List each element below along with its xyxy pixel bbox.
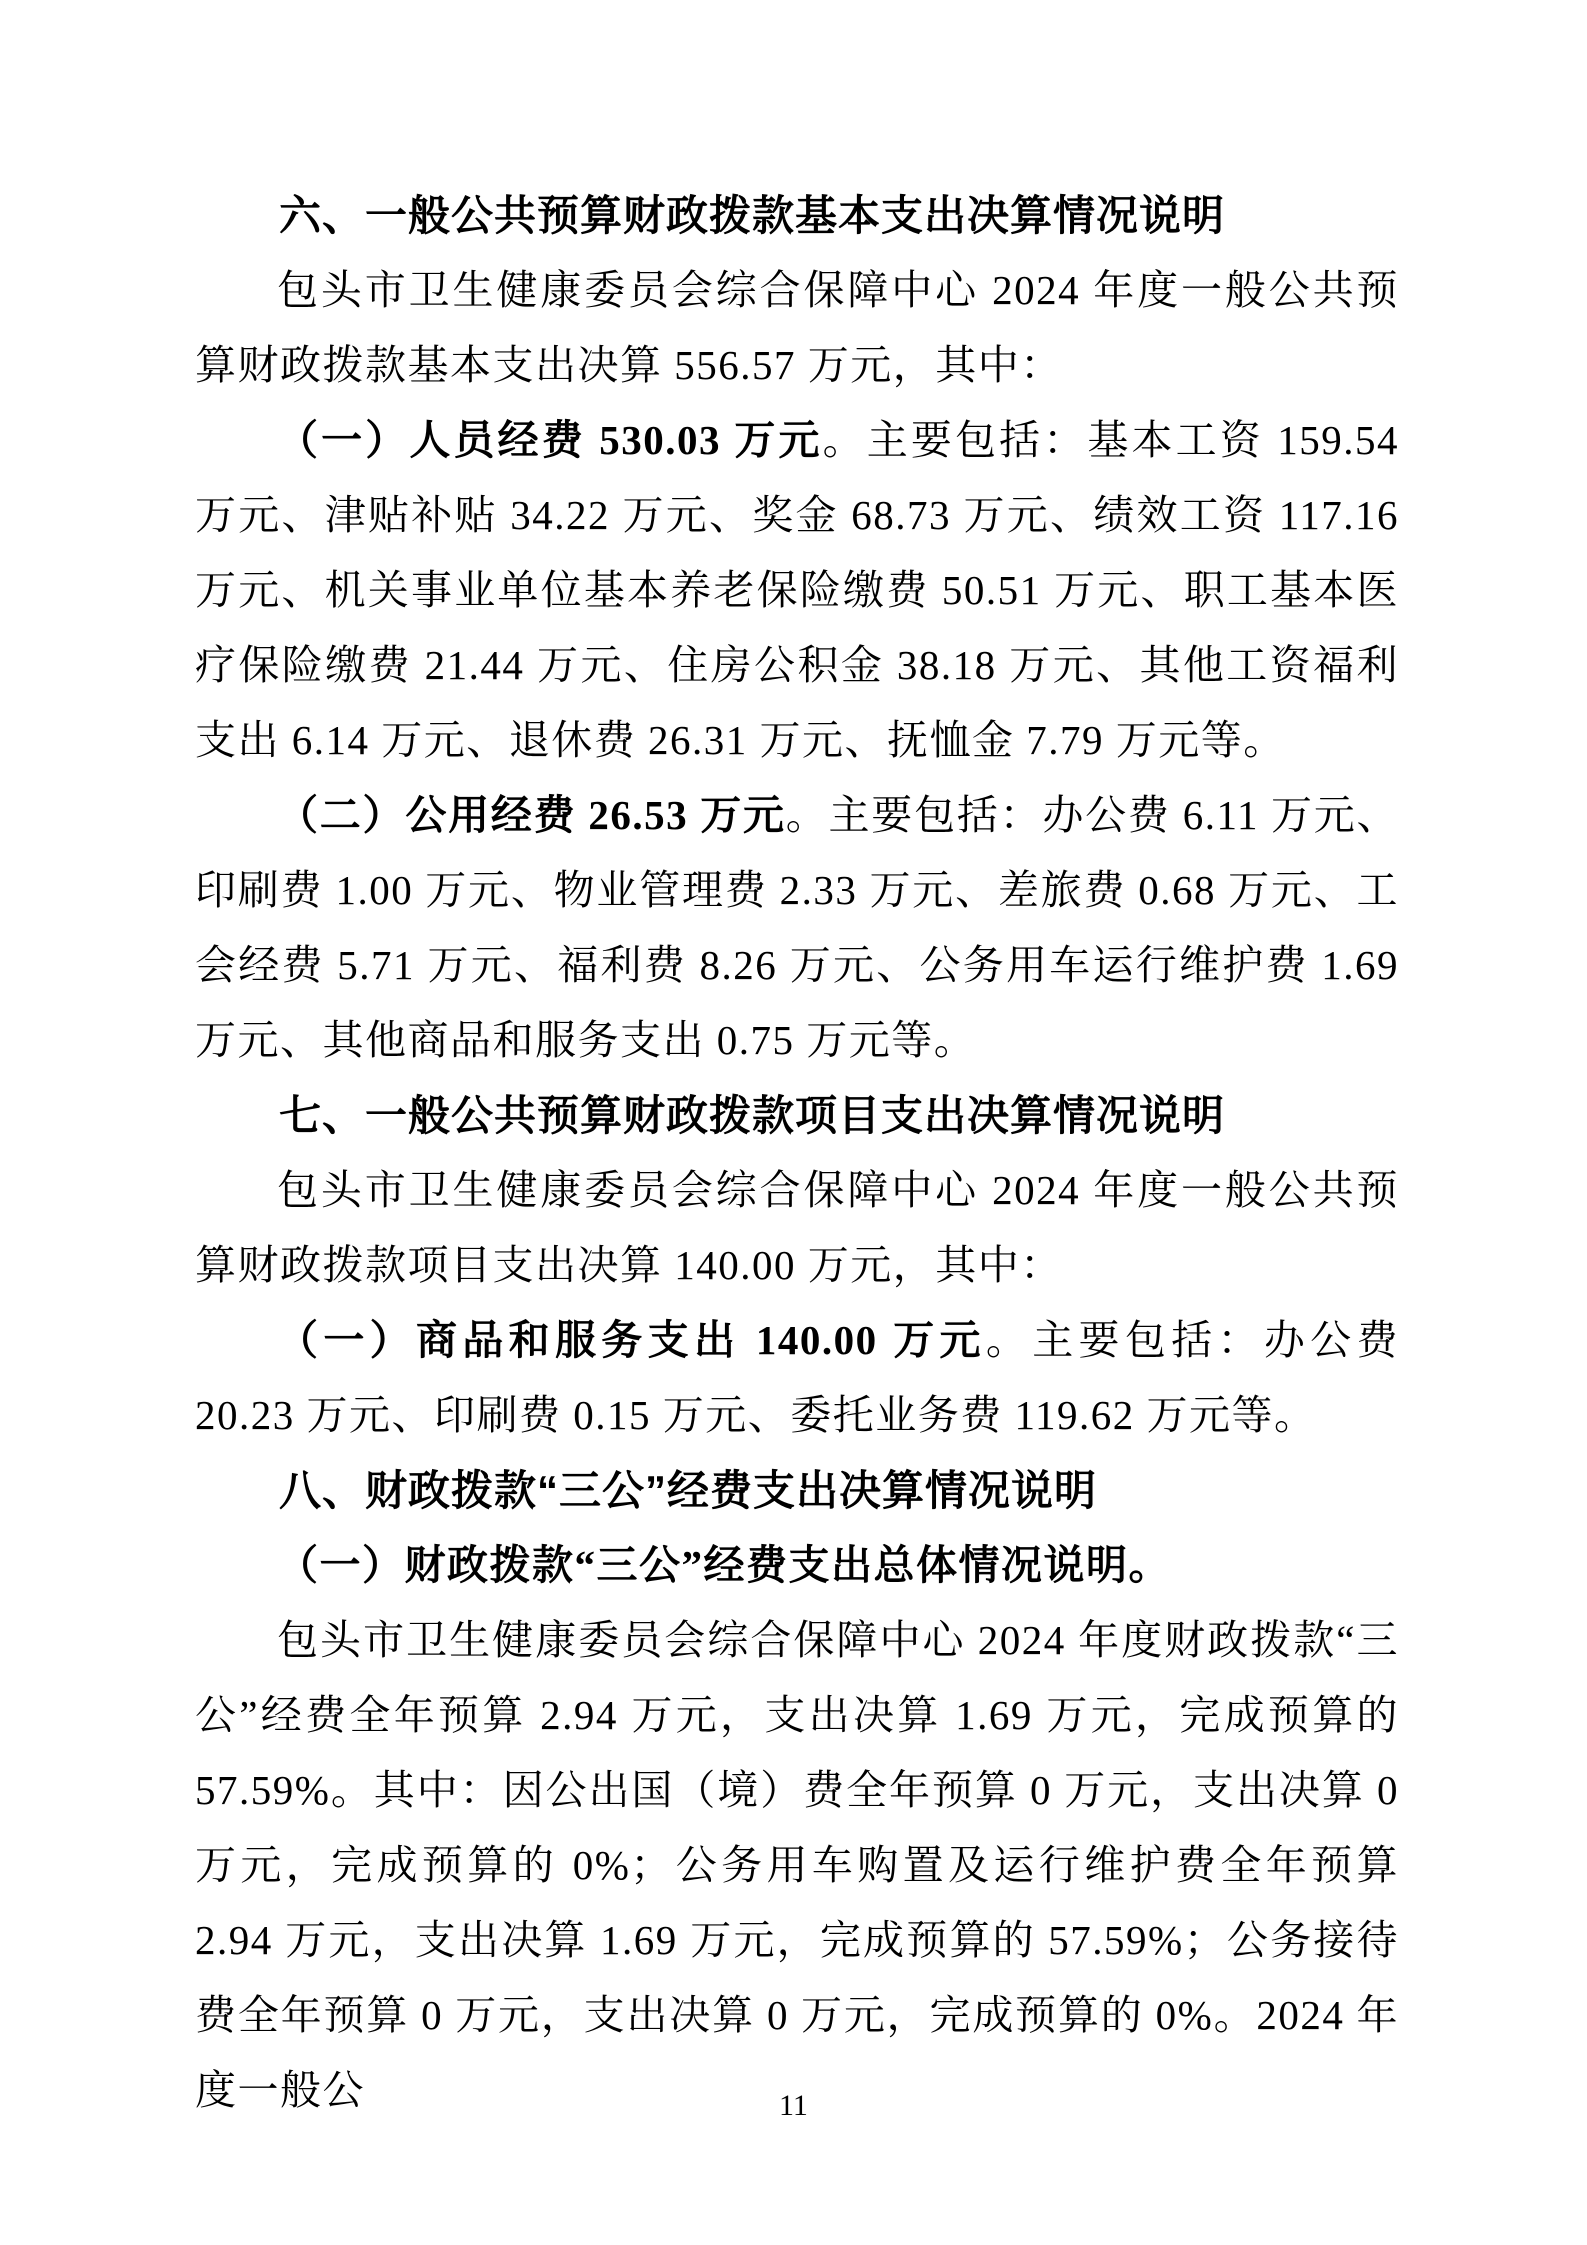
subheading-three-public-overall: （一）财政拨款“三公”经费支出总体情况说明。 [195, 1528, 1399, 1603]
para-personnel-funds: （一）人员经费 530.03 万元。主要包括：基本工资 159.54 万元、津贴… [195, 403, 1399, 778]
para-public-funds-lead: （二）公用经费 26.53 万元 [277, 792, 786, 838]
heading-section-six-basic-expenditure: 六、一般公共预算财政拨款基本支出决算情况说明 [195, 178, 1399, 253]
para-public-funds: （二）公用经费 26.53 万元。主要包括：办公费 6.11 万元、印刷费 1.… [195, 778, 1399, 1078]
document-page: 六、一般公共预算财政拨款基本支出决算情况说明 包头市卫生健康委员会综合保障中心 … [0, 0, 1587, 2245]
para-personnel-funds-lead: （一）人员经费 530.03 万元 [277, 417, 823, 463]
heading-section-seven-project-expenditure: 七、一般公共预算财政拨款项目支出决算情况说明 [195, 1078, 1399, 1153]
para-basic-expenditure-intro: 包头市卫生健康委员会综合保障中心 2024 年度一般公共预算财政拨款基本支出决算… [195, 253, 1399, 403]
para-project-expenditure-intro: 包头市卫生健康委员会综合保障中心 2024 年度一般公共预算财政拨款项目支出决算… [195, 1153, 1399, 1303]
page-number: 11 [0, 2088, 1587, 2124]
heading-section-eight-three-public-funds: 八、财政拨款“三公”经费支出决算情况说明 [195, 1453, 1399, 1528]
para-goods-services-lead: （一）商品和服务支出 140.00 万元 [277, 1317, 986, 1363]
document-content: 六、一般公共预算财政拨款基本支出决算情况说明 包头市卫生健康委员会综合保障中心 … [195, 178, 1399, 2128]
para-goods-services: （一）商品和服务支出 140.00 万元。主要包括：办公费 20.23 万元、印… [195, 1303, 1399, 1453]
para-personnel-funds-detail: 。主要包括：基本工资 159.54 万元、津贴补贴 34.22 万元、奖金 68… [195, 417, 1399, 763]
para-three-public-details: 包头市卫生健康委员会综合保障中心 2024 年度财政拨款“三公”经费全年预算 2… [195, 1603, 1399, 2128]
